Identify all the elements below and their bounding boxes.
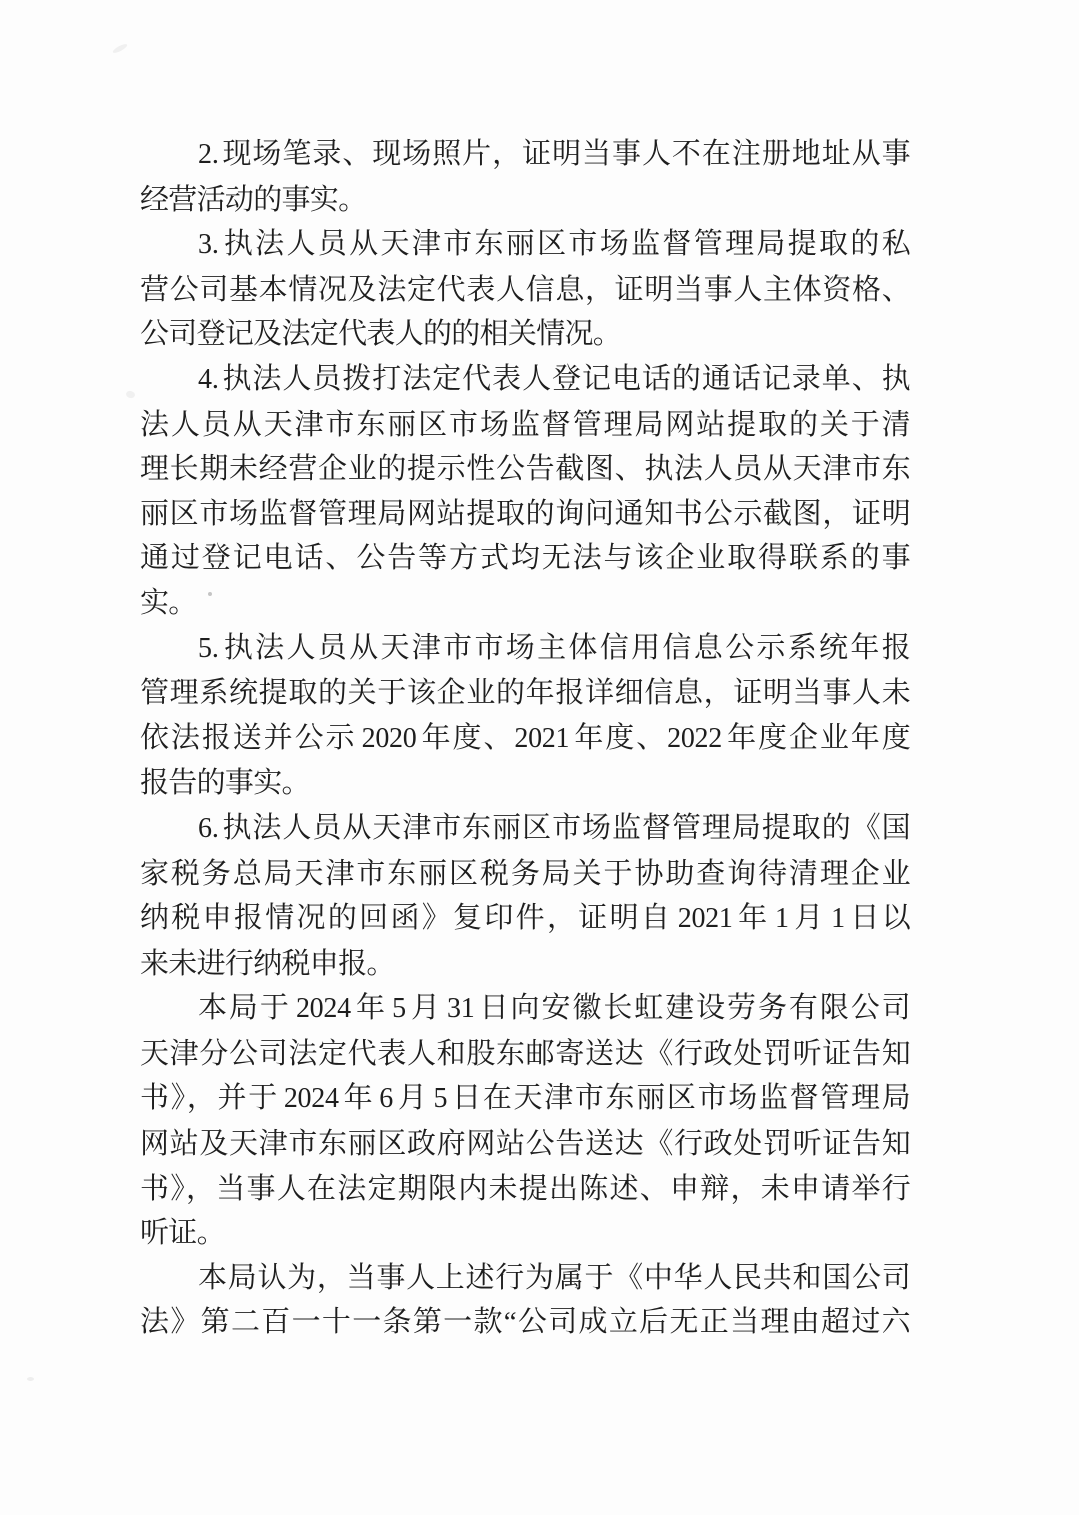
numeral: 6	[379, 1083, 393, 1114]
text-line: 5. 执法人员从天津市市场主体信用信息公示系统年报	[140, 626, 910, 672]
text-line: 营公司基本情况及法定代表人信息，证明当事人主体资格、	[140, 268, 910, 313]
text-line: 网站及天津市东丽区政府网站公告送达《行政处罚听证告知	[140, 1122, 910, 1167]
text-line: 3. 执法人员从天津市东丽区市场监督管理局提取的私	[140, 222, 910, 268]
text-line: 理长期未经营企业的提示性公告截图、执法人员从天津市东	[140, 447, 910, 492]
text-line: 书》，并于 2024 年 6 月 5 日在天津市东丽区市场监督管理局	[140, 1076, 910, 1122]
text-line: 公司登记及法定代表人的的相关情况。	[140, 312, 910, 357]
numeral: 2024	[284, 1083, 339, 1114]
scan-speck	[125, 390, 136, 399]
document-body-text: 2. 现场笔录、现场照片，证明当事人不在注册地址从事经营活动的事实。3. 执法人…	[140, 132, 910, 1345]
text-line: 2. 现场笔录、现场照片，证明当事人不在注册地址从事	[140, 132, 910, 178]
numeral: 1	[775, 903, 789, 934]
numeral: 2024	[296, 993, 351, 1024]
numeral: 5	[198, 633, 212, 664]
text-line: 管理系统提取的关于该企业的年报详细信息，证明当事人未	[140, 671, 910, 716]
document-page: 2. 现场笔录、现场照片，证明当事人不在注册地址从事经营活动的事实。3. 执法人…	[0, 0, 1079, 1515]
text-line: 天津分公司法定代表人和股东邮寄送达《行政处罚听证告知	[140, 1032, 910, 1077]
numeral: 3	[198, 229, 212, 260]
text-line: 来未进行纳税申报。	[140, 942, 910, 987]
text-line: 听证。	[140, 1211, 910, 1256]
text-line: 本局于 2024 年 5 月 31 日向安徽长虹建设劳务有限公司	[140, 986, 910, 1032]
scan-speck	[112, 43, 128, 55]
text-line: 4. 执法人员拨打法定代表人登记电话的通话记录单、执	[140, 357, 910, 403]
text-line: 通过登记电话、公告等方式均无法与该企业取得联系的事	[140, 536, 910, 581]
text-line: 丽区市场监督管理局网站提取的询问通知书公示截图，证明	[140, 492, 910, 537]
numeral: 2021	[678, 903, 733, 934]
text-line: 依法报送并公示 2020 年度、2021 年度、2022 年度企业年度	[140, 716, 910, 762]
text-line: 法人员从天津市东丽区市场监督管理局网站提取的关于清	[140, 403, 910, 448]
numeral: 2	[198, 139, 212, 170]
numeral: 1	[831, 903, 845, 934]
numeral: 6	[198, 813, 212, 844]
text-line: 书》，当事人在法定期限内未提出陈述、申辩，未申请举行	[140, 1167, 910, 1212]
text-line: 本局认为，当事人上述行为属于《中华人民共和国公司	[140, 1256, 910, 1301]
text-line: 纳税申报情况的回函》复印件，证明自 2021 年 1 月 1 日以	[140, 896, 910, 942]
numeral: 2021	[514, 723, 569, 754]
text-line: 经营活动的事实。	[140, 178, 910, 223]
text-line: 6. 执法人员从天津市东丽区市场监督管理局提取的《国	[140, 806, 910, 852]
numeral: 5	[392, 993, 406, 1024]
numeral: 4	[198, 364, 212, 395]
numeral: 31	[447, 993, 474, 1024]
text-line: 法》第二百一十一条第一款“公司成立后无正当理由超过六	[140, 1300, 910, 1345]
numeral: 2020	[362, 723, 417, 754]
text-line: 家税务总局天津市东丽区税务局关于协助查询待清理企业	[140, 852, 910, 897]
text-line: 实。	[140, 581, 910, 626]
text-line: 报告的事实。	[140, 761, 910, 806]
scan-speck	[27, 1377, 34, 1381]
numeral: 5	[434, 1083, 448, 1114]
numeral: 2022	[667, 723, 722, 754]
